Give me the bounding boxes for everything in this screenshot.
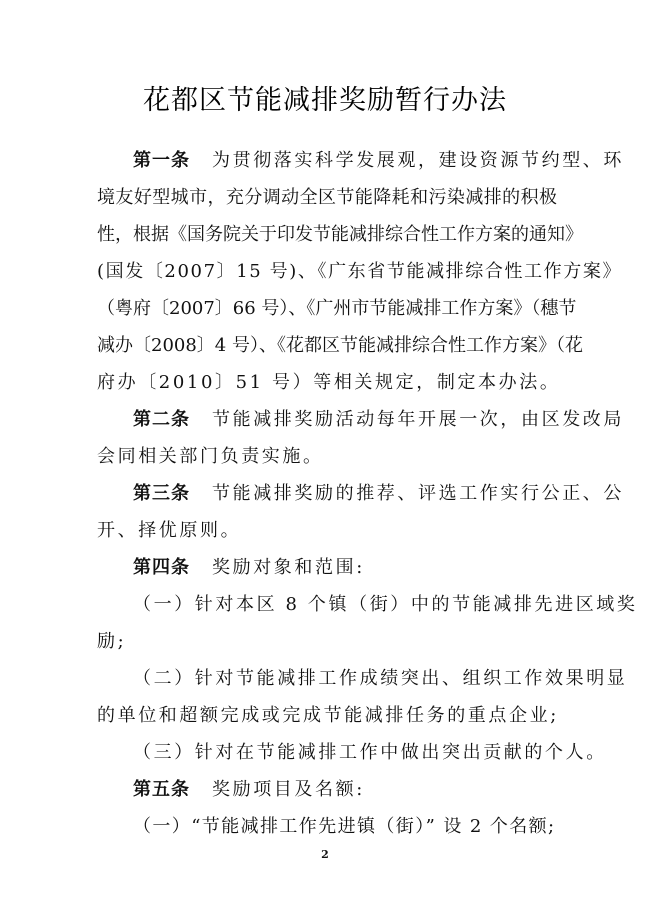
- article-4-item-1: （一）针对本区 8 个镇（街）中的节能减排先进区域奖: [133, 594, 557, 616]
- article-4-item-2-cont: 的单位和超额完成或完成节能减排任务的重点企业;: [97, 705, 557, 727]
- article-label: 第二条: [133, 409, 190, 430]
- article-1-line-5: （粤府〔2007〕66 号）、《广州市节能减排工作方案》（穗节: [97, 298, 557, 320]
- article-1-line-2: 境友好型城市，充分调动全区节能降耗和污染减排的积极: [97, 187, 557, 209]
- article-2-line-1: 第二条节能减排奖励活动每年开展一次，由区发改局: [133, 409, 593, 431]
- article-5-line-1: 第五条奖励项目及名额:: [133, 779, 593, 801]
- article-3-line-1: 第三条节能减排奖励的推荐、评选工作实行公正、公: [133, 483, 593, 505]
- article-3-line-2: 开、择优原则。: [97, 520, 557, 542]
- article-5-item-1: （一）“节能减排工作先进镇（街）” 设 2 个名额;: [133, 816, 593, 838]
- document-title: 花都区节能减排奖励暂行办法: [0, 78, 650, 117]
- article-1-line-6: 减办〔2008〕4 号）、《花都区节能减排综合性工作方案》（花: [97, 335, 557, 357]
- article-4-line-1: 第四条奖励对象和范围:: [133, 557, 593, 579]
- article-label: 第五条: [133, 779, 190, 800]
- article-1-line-7: 府办〔2010〕51 号）等相关规定，制定本办法。: [97, 372, 557, 394]
- article-2-line-2: 会同相关部门负责实施。: [97, 446, 557, 468]
- article-1-line-3: 性，根据《国务院关于印发节能减排综合性工作方案的通知》: [97, 224, 557, 246]
- article-4-item-3: （三）针对在节能减排工作中做出突出贡献的个人。: [133, 742, 593, 764]
- article-1-line-4: (国发〔2007〕15 号)、《广东省节能减排综合性工作方案》: [97, 261, 557, 283]
- article-4-item-1-cont: 励;: [97, 631, 557, 653]
- article-4-item-2: （二）针对节能减排工作成绩突出、组织工作效果明显: [133, 668, 593, 690]
- page-number: 2: [0, 848, 650, 861]
- article-label: 第四条: [133, 557, 190, 578]
- article-label: 第一条: [133, 150, 190, 171]
- article-1-line-1: 第一条为贯彻落实科学发展观，建设资源节约型、环: [133, 150, 593, 172]
- article-label: 第三条: [133, 483, 190, 504]
